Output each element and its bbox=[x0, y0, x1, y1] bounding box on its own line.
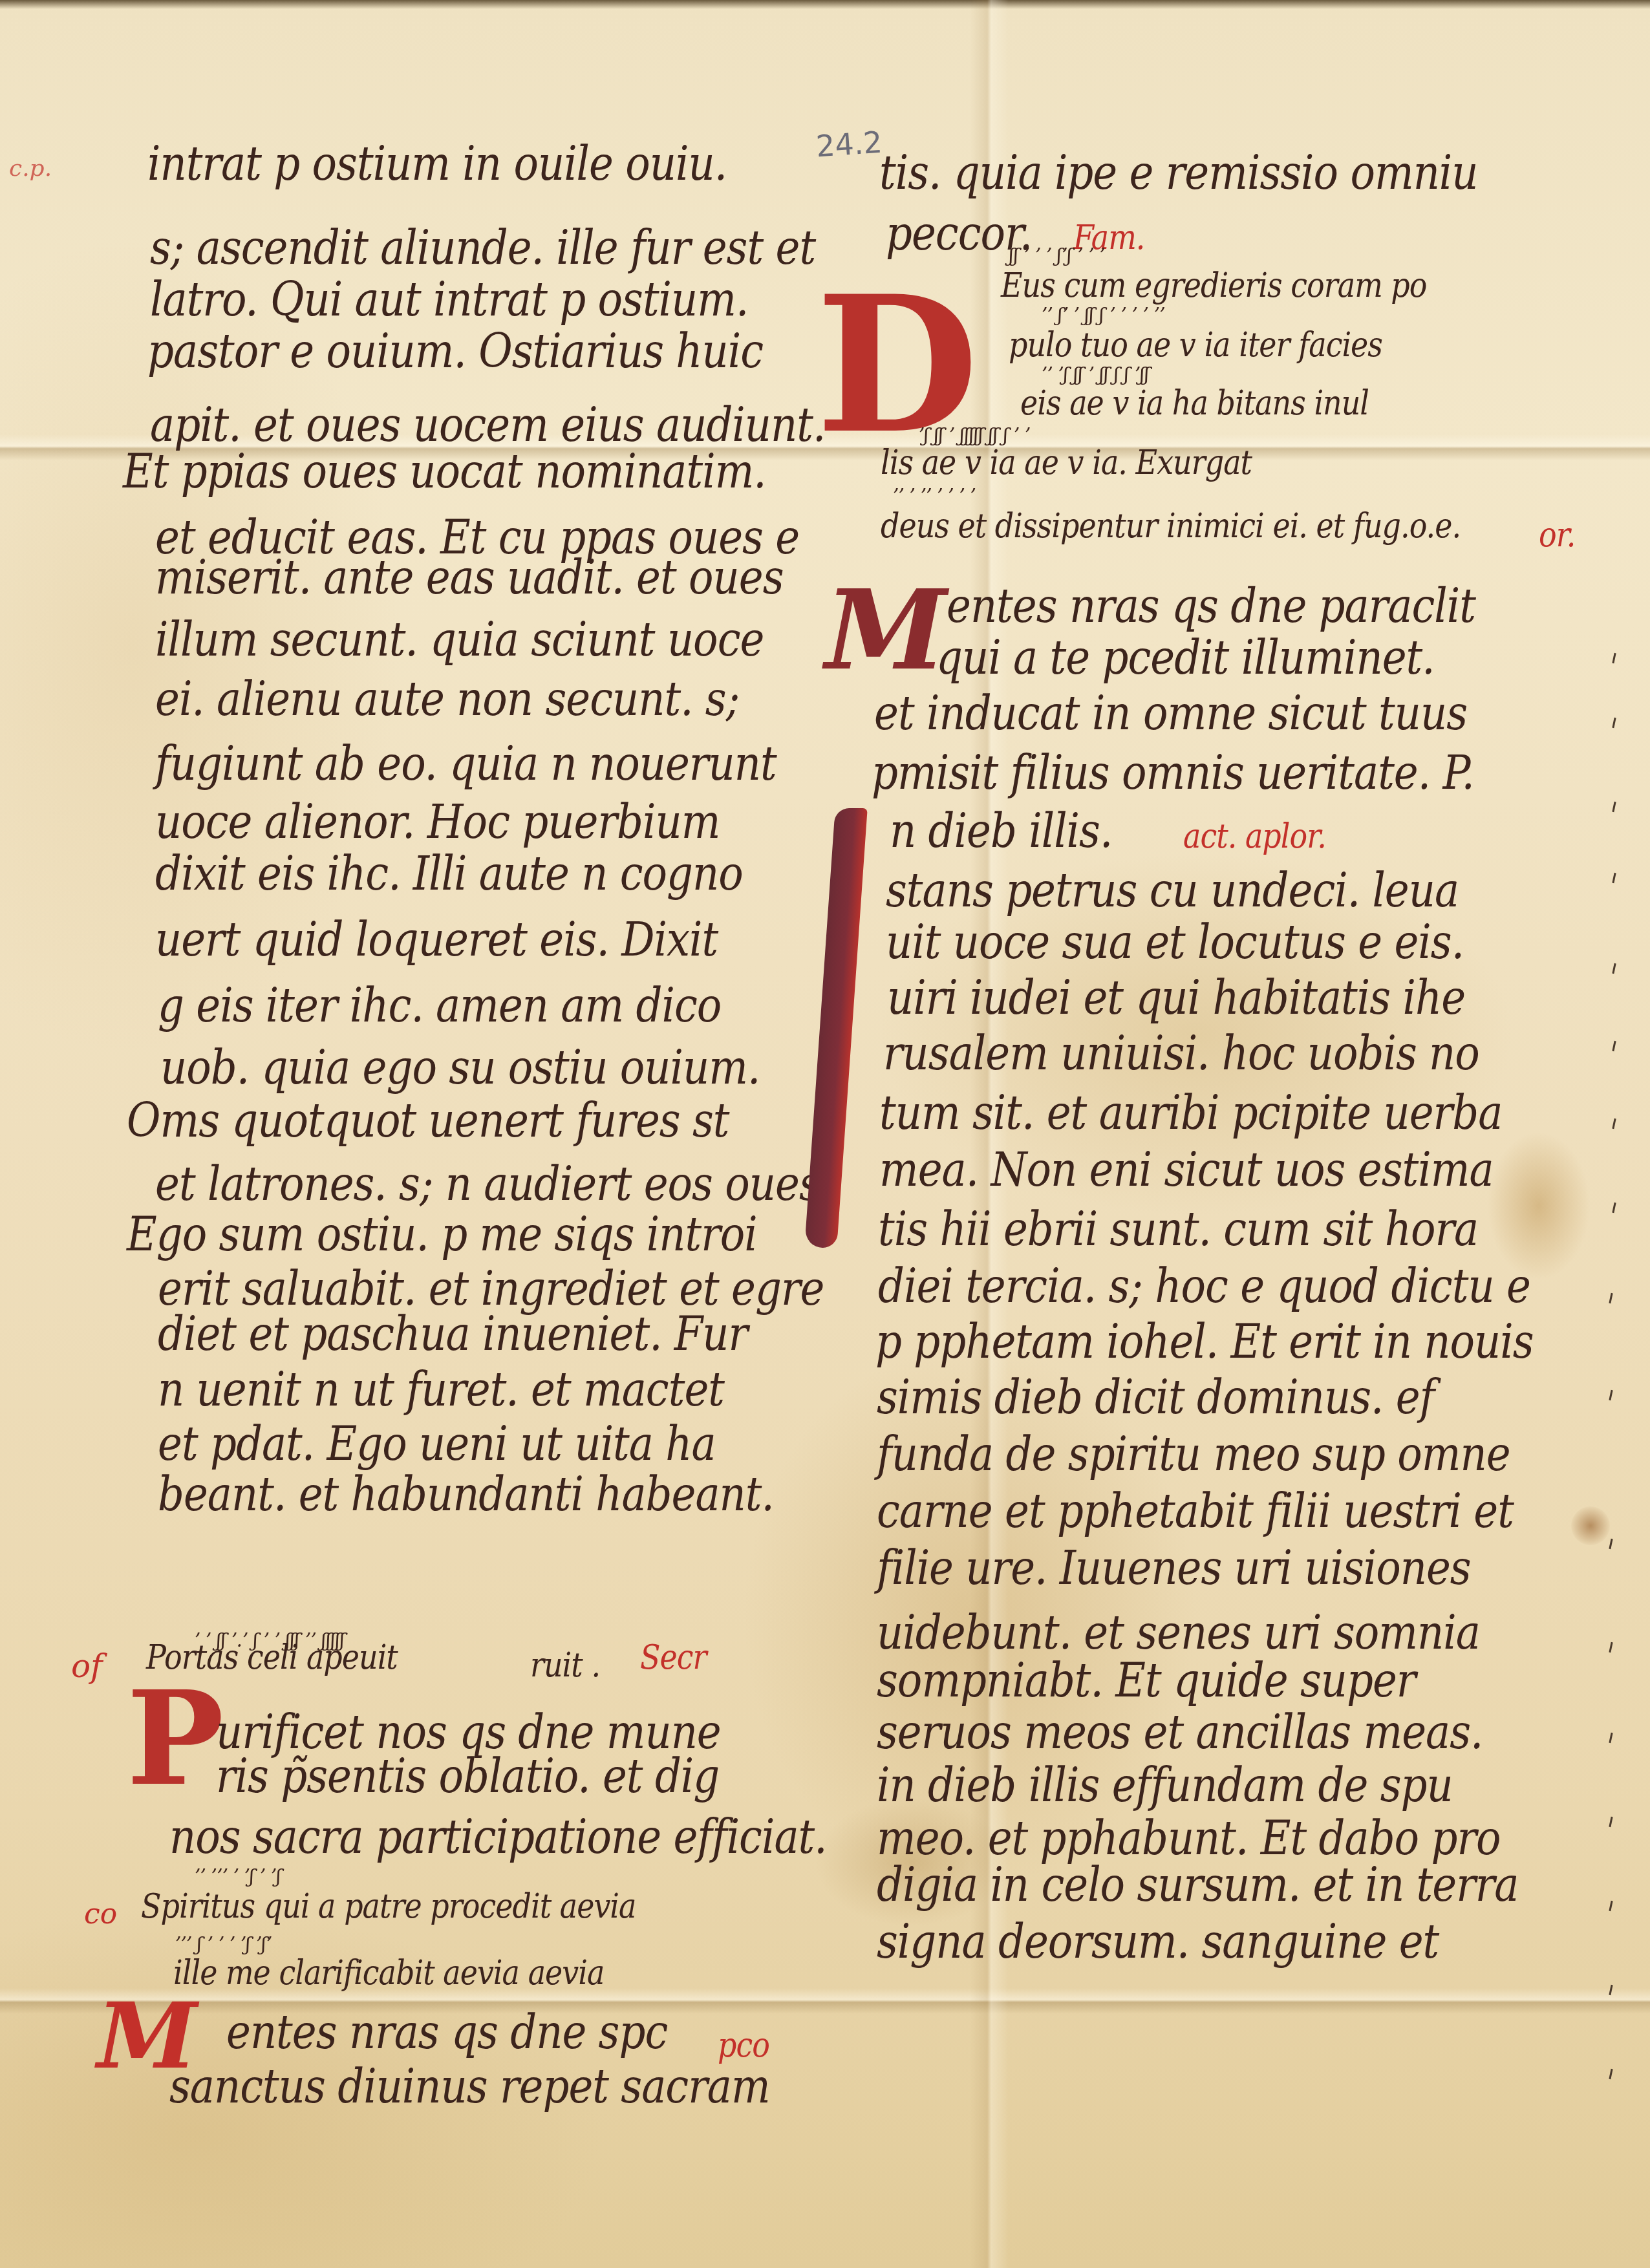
neume-row: ʼʼ ʃʼ ʼ ʃʃ ʃ ʼ ʼ ʼ ʼ ʼʼ bbox=[1041, 304, 1164, 326]
text-line: n dieb illis. bbox=[890, 804, 1112, 859]
communion-marker: co bbox=[84, 1898, 117, 1931]
text-line: nos sacra participatione efficiat. bbox=[169, 1810, 827, 1865]
offertory-text-end: ruit . bbox=[530, 1645, 600, 1685]
text-line: latro. Qui aut intrat p ostium. bbox=[150, 272, 748, 327]
text-line: dixit eis ihc. Illi aute n cogno bbox=[155, 846, 743, 901]
text-line: rusalem uniuisi. hoc uobis no bbox=[883, 1026, 1479, 1081]
text-line: uit uoce sua et locutus e eis. bbox=[886, 915, 1464, 970]
text-line: diet et paschua inueniet. Fur bbox=[158, 1307, 747, 1362]
text-line: fugiunt ab eo. quia n nouerunt bbox=[155, 736, 777, 791]
initial-p: P bbox=[127, 1674, 224, 1804]
text-line: entes nras qs dne spc bbox=[226, 2005, 667, 2060]
text-line: entes nras qs dne paraclit bbox=[947, 579, 1475, 634]
text-line: et pdat. Ego ueni ut uita ha bbox=[158, 1417, 716, 1471]
text-line: qui a te pcedit illuminet. bbox=[936, 630, 1435, 685]
text-line: n uenit n ut furet. et mactet bbox=[158, 1362, 724, 1417]
text-line: Ego sum ostiu. p me siqs introi bbox=[127, 1207, 757, 1262]
chant-line: deus et dissipentur inimici ei. et fug.o… bbox=[881, 506, 1461, 546]
text-line: carne et pphetabit filii uestri et bbox=[877, 1484, 1514, 1539]
text-line: diei tercia. s; hoc e quod dictu e bbox=[878, 1259, 1530, 1314]
text-line: tis hii ebrii sunt. cum sit hora bbox=[878, 1202, 1478, 1257]
page-top-shadow bbox=[0, 0, 1650, 9]
text-line: et inducat in omne sicut tuus bbox=[874, 686, 1467, 741]
text-line: ei. alienu aute non secunt. s; bbox=[155, 672, 739, 727]
text-line: p pphetam iohel. Et erit in nouis bbox=[875, 1314, 1534, 1369]
text-line: uert quid loqueret eis. Dixit bbox=[155, 912, 718, 967]
text-line: uob. quia ego su ostiu ouium. bbox=[160, 1040, 760, 1095]
neume-row: ʼʼ ʼʼʼ ʼ ʼʃ ʼ ʼʃ bbox=[194, 1865, 281, 1888]
text-line: g eis iter ihc. amen am dico bbox=[158, 978, 721, 1033]
text-line: filie ure. Iuuenes uri uisiones bbox=[877, 1541, 1471, 1596]
text-line: seruos meos et ancillas meas. bbox=[877, 1705, 1483, 1760]
text-line: beant. et habundanti habeant. bbox=[158, 1467, 774, 1522]
neume-row: ʼʼ ʼ ʼʼ ʼ ʼ ʼ ʼ bbox=[892, 485, 975, 508]
text-line: signa deorsum. sanguine et bbox=[877, 1914, 1439, 1969]
text-line: et latrones. s; n audiert eos oues. bbox=[155, 1157, 832, 1212]
text-line: digia in celo sursum. et in terra bbox=[877, 1857, 1518, 1912]
secret-rubric: Secr bbox=[640, 1637, 707, 1677]
text-line: mea. Non eni sicut uos estima bbox=[879, 1142, 1494, 1197]
water-stain bbox=[1487, 1131, 1591, 1280]
text-line: in dieb illis effundam de spu bbox=[877, 1758, 1453, 1813]
initial-m: M bbox=[825, 575, 947, 685]
text-line: pmisit filius omnis ueritate. P. bbox=[872, 745, 1474, 800]
text-line: sompniabt. Et quide super bbox=[877, 1653, 1415, 1708]
ink-spot bbox=[1571, 1506, 1610, 1545]
text-line: sanctus diuinus repet sacram bbox=[169, 2059, 770, 2114]
text-line: intrat p ostium in ouile ouiu. bbox=[147, 136, 727, 191]
oratio-rubric: or. bbox=[1539, 515, 1575, 555]
text-line: ris p̃sentis oblatio. et dig bbox=[216, 1749, 719, 1804]
text-line: Et ppias oues uocat nominatim. bbox=[123, 444, 766, 499]
text-line: s; ascendit aliunde. ille fur est et bbox=[150, 220, 815, 275]
margin-note: c.p. bbox=[9, 155, 52, 182]
text-line: miserit. ante eas uadit. et oues bbox=[155, 550, 784, 605]
neume-row: ʃʃ ʼ ʼ ʼ ʃʼʃ ʼ ʼ ʼ bbox=[1009, 244, 1104, 267]
chant-line: Eus cum egredieris coram po bbox=[1001, 265, 1427, 305]
text-line: tis. quia ipe e remissio omniu bbox=[879, 145, 1478, 200]
text-line: illum secunt. quia sciunt uoce bbox=[155, 612, 764, 667]
text-line: pastor e ouium. Ostiarius huic bbox=[147, 324, 763, 379]
chant-line: eis ae v ia ha bitans inul bbox=[1020, 383, 1369, 423]
offertory-marker: of bbox=[71, 1647, 103, 1685]
text-line: simis dieb dicit dominus. ef bbox=[877, 1370, 1434, 1425]
chant-line: lis ae v ia ae v ia. Exurgat bbox=[881, 442, 1252, 482]
text-line: tum sit. et auribi pcipite uerba bbox=[879, 1086, 1502, 1140]
text-line: Oms quotquot uenert fures st bbox=[127, 1093, 729, 1148]
text-line: funda de spiritu meo sup omne bbox=[877, 1427, 1510, 1482]
communion-line: ille me clarificabit aevia aevia bbox=[173, 1952, 604, 1993]
text-line: uiri iudei et qui habitatis ihe bbox=[887, 970, 1465, 1025]
text-line: uoce alienor. Hoc puerbium bbox=[155, 795, 720, 850]
folio-number: 24.2 bbox=[815, 124, 883, 164]
text-line: stans petrus cu undeci. leua bbox=[886, 863, 1459, 918]
chant-line: pulo tuo ae v ia iter facies bbox=[1009, 325, 1382, 365]
communion-line: Spiritus qui a patre procedit aevia bbox=[141, 1886, 636, 1926]
epistle-rubric: act. aplor. bbox=[1183, 816, 1326, 856]
text-line: uidebunt. et senes uri somnia bbox=[877, 1605, 1480, 1660]
